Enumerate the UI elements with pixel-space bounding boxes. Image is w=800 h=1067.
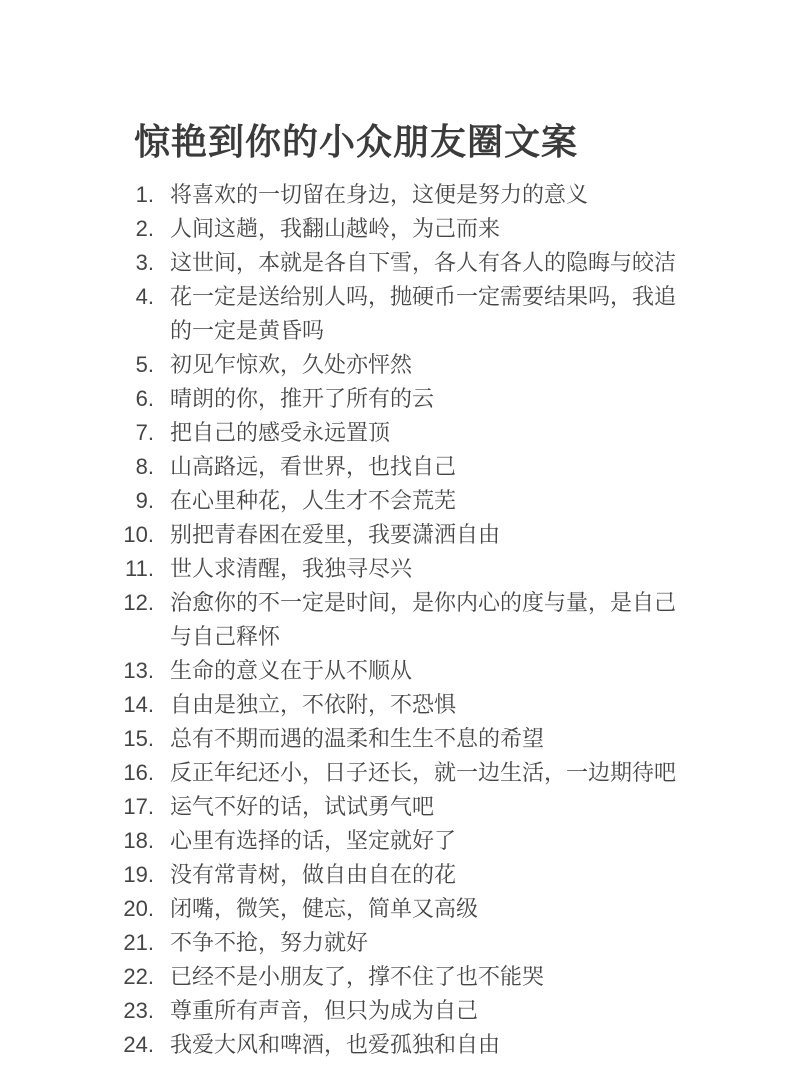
item-number: 18. bbox=[120, 824, 154, 858]
list-item: 18. 心里有选择的话，坚定就好了 bbox=[120, 824, 680, 858]
item-number: 1. bbox=[120, 178, 154, 212]
list-item: 4. 花一定是送给别人吗，抛硬币一定需要结果吗，我追的一定是黄昏吗 bbox=[120, 280, 680, 348]
list-item: 17. 运气不好的话，试试勇气吧 bbox=[120, 790, 680, 824]
item-text: 尊重所有声音，但只为成为自己 bbox=[170, 994, 680, 1028]
item-text: 已经不是小朋友了，撑不住了也不能哭 bbox=[170, 960, 680, 994]
item-text: 闭嘴，微笑，健忘，简单又高级 bbox=[170, 892, 680, 926]
list-item: 2. 人间这趟，我翻山越岭，为己而来 bbox=[120, 212, 680, 246]
item-text: 初见乍惊欢，久处亦怦然 bbox=[170, 348, 680, 382]
item-number: 22. bbox=[120, 960, 154, 994]
item-text: 自由是独立，不依附，不恐惧 bbox=[170, 688, 680, 722]
item-number: 10. bbox=[120, 518, 154, 552]
list-item: 15. 总有不期而遇的温柔和生生不息的希望 bbox=[120, 722, 680, 756]
item-number: 7. bbox=[120, 416, 154, 450]
list-item: 23. 尊重所有声音，但只为成为自己 bbox=[120, 994, 680, 1028]
list-item: 11. 世人求清醒，我独寻尽兴 bbox=[120, 552, 680, 586]
item-number: 11. bbox=[120, 552, 154, 586]
item-number: 12. bbox=[120, 586, 154, 620]
item-number: 14. bbox=[120, 688, 154, 722]
list-item: 16. 反正年纪还小，日子还长，就一边生活，一边期待吧 bbox=[120, 756, 680, 790]
list-item: 22. 已经不是小朋友了，撑不住了也不能哭 bbox=[120, 960, 680, 994]
item-text: 花一定是送给别人吗，抛硬币一定需要结果吗，我追的一定是黄昏吗 bbox=[170, 280, 680, 348]
item-text: 在心里种花，人生才不会荒芜 bbox=[170, 484, 680, 518]
item-text: 将喜欢的一切留在身边，这便是努力的意义 bbox=[170, 178, 680, 212]
item-text: 人间这趟，我翻山越岭，为己而来 bbox=[170, 212, 680, 246]
list-item: 12. 治愈你的不一定是时间，是你内心的度与量，是自己与自己释怀 bbox=[120, 586, 680, 654]
list-item: 3. 这世间，本就是各自下雪，各人有各人的隐晦与皎洁 bbox=[120, 246, 680, 280]
item-text: 晴朗的你，推开了所有的云 bbox=[170, 382, 680, 416]
list-item: 21. 不争不抢，努力就好 bbox=[120, 926, 680, 960]
page-title: 惊艳到你的小众朋友圈文案 bbox=[134, 120, 744, 164]
item-text: 山高路远，看世界，也找自己 bbox=[170, 450, 680, 484]
list-item: 9. 在心里种花，人生才不会荒芜 bbox=[120, 484, 680, 518]
list-item: 6. 晴朗的你，推开了所有的云 bbox=[120, 382, 680, 416]
quote-list: 1. 将喜欢的一切留在身边，这便是努力的意义 2. 人间这趟，我翻山越岭，为己而… bbox=[120, 178, 680, 1062]
list-item: 5. 初见乍惊欢，久处亦怦然 bbox=[120, 348, 680, 382]
item-number: 16. bbox=[120, 756, 154, 790]
list-item: 1. 将喜欢的一切留在身边，这便是努力的意义 bbox=[120, 178, 680, 212]
list-item: 10. 别把青春困在爱里，我要潇洒自由 bbox=[120, 518, 680, 552]
list-item: 7. 把自己的感受永远置顶 bbox=[120, 416, 680, 450]
item-number: 15. bbox=[120, 722, 154, 756]
item-text: 没有常青树，做自由自在的花 bbox=[170, 858, 680, 892]
item-number: 19. bbox=[120, 858, 154, 892]
item-number: 4. bbox=[120, 280, 154, 314]
list-item: 13. 生命的意义在于从不顺从 bbox=[120, 654, 680, 688]
list-item: 20. 闭嘴，微笑，健忘，简单又高级 bbox=[120, 892, 680, 926]
item-number: 20. bbox=[120, 892, 154, 926]
item-number: 3. bbox=[120, 246, 154, 280]
item-text: 这世间，本就是各自下雪，各人有各人的隐晦与皎洁 bbox=[170, 246, 680, 280]
item-text: 生命的意义在于从不顺从 bbox=[170, 654, 680, 688]
item-text: 总有不期而遇的温柔和生生不息的希望 bbox=[170, 722, 680, 756]
item-text: 治愈你的不一定是时间，是你内心的度与量，是自己与自己释怀 bbox=[170, 586, 680, 654]
item-text: 我爱大风和啤酒，也爱孤独和自由 bbox=[170, 1028, 680, 1062]
item-number: 23. bbox=[120, 994, 154, 1028]
document-page: 惊艳到你的小众朋友圈文案 1. 将喜欢的一切留在身边，这便是努力的意义 2. 人… bbox=[0, 0, 800, 1067]
item-number: 17. bbox=[120, 790, 154, 824]
list-item: 8. 山高路远，看世界，也找自己 bbox=[120, 450, 680, 484]
item-number: 2. bbox=[120, 212, 154, 246]
item-text: 反正年纪还小，日子还长，就一边生活，一边期待吧 bbox=[170, 756, 680, 790]
item-number: 21. bbox=[120, 926, 154, 960]
list-item: 14. 自由是独立，不依附，不恐惧 bbox=[120, 688, 680, 722]
list-item: 24. 我爱大风和啤酒，也爱孤独和自由 bbox=[120, 1028, 680, 1062]
item-text: 运气不好的话，试试勇气吧 bbox=[170, 790, 680, 824]
list-item: 19. 没有常青树，做自由自在的花 bbox=[120, 858, 680, 892]
item-number: 13. bbox=[120, 654, 154, 688]
item-number: 9. bbox=[120, 484, 154, 518]
item-text: 别把青春困在爱里，我要潇洒自由 bbox=[170, 518, 680, 552]
item-text: 不争不抢，努力就好 bbox=[170, 926, 680, 960]
item-number: 5. bbox=[120, 348, 154, 382]
item-text: 把自己的感受永远置顶 bbox=[170, 416, 680, 450]
item-number: 8. bbox=[120, 450, 154, 484]
item-number: 24. bbox=[120, 1028, 154, 1062]
item-text: 世人求清醒，我独寻尽兴 bbox=[170, 552, 680, 586]
item-number: 6. bbox=[120, 382, 154, 416]
item-text: 心里有选择的话，坚定就好了 bbox=[170, 824, 680, 858]
